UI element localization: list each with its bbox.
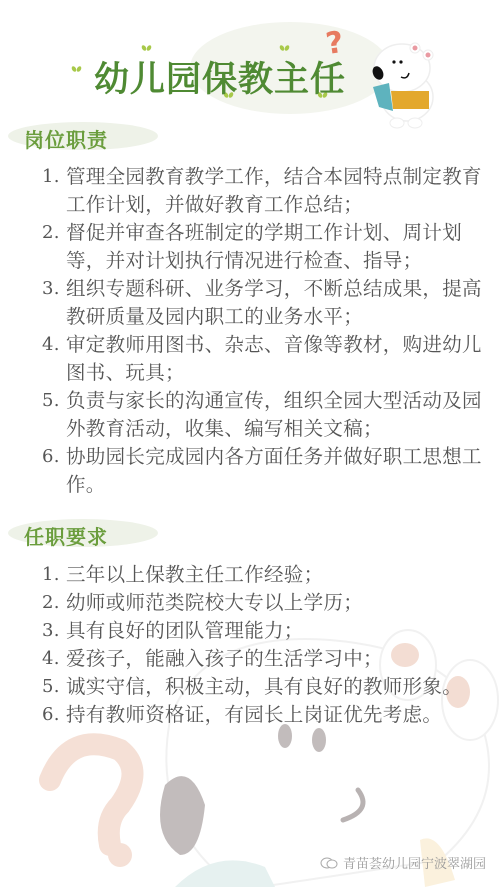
item-text: 负责与家长的沟通宣传，组织全园大型活动及园外教育活动，收集、编写相关文稿； [66,389,482,440]
list-item: 6.持有教师资格证，有园长上岗证优先考虑。 [42,701,482,729]
list-item: 4.审定教师用图书、杂志、音像等教材，购进幼儿图书、玩具； [42,331,482,387]
sprout-icon [280,45,289,52]
duties-list: 1.管理全园教育教学工作，结合本园特点制定教育工作计划，并做好教育工作总结； 2… [42,163,482,499]
item-number: 2. [42,589,60,617]
section-heading-requirements: 任职要求 [8,519,148,547]
item-number: 1. [42,561,60,589]
item-number: 6. [42,443,60,471]
item-number: 4. [42,645,60,673]
section-heading-duties: 岗位职责 [8,122,148,150]
list-item: 5.诚实守信，积极主动，具有良好的教师形象。 [42,673,482,701]
item-number: 6. [42,701,60,729]
section-heading-text: 任职要求 [24,521,108,550]
item-number: 3. [42,617,60,645]
item-text: 持有教师资格证，有园长上岗证优先考虑。 [66,703,442,726]
job-poster: 幼儿园保教主任 ? 岗位职责 1.管理全园教育教学工作，结合本园特点制定教育工作… [0,0,500,887]
item-text: 具有良好的团队管理能力； [66,619,304,642]
list-item: 4.爱孩子，能融入孩子的生活学习中； [42,645,482,673]
list-item: 1.三年以上保教主任工作经验； [42,561,482,589]
list-item: 5.负责与家长的沟通宣传，组织全园大型活动及园外教育活动，收集、编写相关文稿； [42,387,482,443]
item-number: 3. [42,275,60,303]
sprout-icon [72,66,81,73]
item-number: 4. [42,331,60,359]
wechat-icon [320,857,338,869]
sprout-icon [142,45,151,52]
list-item: 2.幼师或师范类院校大专以上学历； [42,589,482,617]
item-text: 幼师或师范类院校大专以上学历； [66,591,363,614]
item-text: 爱孩子，能融入孩子的生活学习中； [66,647,383,670]
item-number: 5. [42,673,60,701]
item-number: 5. [42,387,60,415]
item-text: 审定教师用图书、杂志、音像等教材，购进幼儿图书、玩具； [66,333,482,384]
section-heading-text: 岗位职责 [24,124,108,153]
item-text: 组织专题科研、业务学习，不断总结成果，提高教研质量及园内职工的业务水平； [66,277,482,328]
item-number: 2. [42,219,60,247]
account-watermark: 青苗荟幼儿园宁波翠湖园 [320,853,486,872]
list-item: 2.督促并审查各班制定的学期工作计划、周计划等，并对计划执行情况进行检查、指导； [42,219,482,275]
item-text: 三年以上保教主任工作经验； [66,563,323,586]
list-item: 1.管理全园教育教学工作，结合本园特点制定教育工作计划，并做好教育工作总结； [42,163,482,219]
item-number: 1. [42,163,60,191]
list-item: 3.组织专题科研、业务学习，不断总结成果，提高教研质量及园内职工的业务水平； [42,275,482,331]
item-text: 协助园长完成园内各方面任务并做好职工思想工作。 [66,445,482,496]
list-item: 6.协助园长完成园内各方面任务并做好职工思想工作。 [42,443,482,499]
item-text: 督促并审查各班制定的学期工作计划、周计划等，并对计划执行情况进行检查、指导； [66,221,462,272]
page-title: 幼儿园保教主任 [94,52,346,102]
item-text: 诚实守信，积极主动，具有良好的教师形象。 [66,675,462,698]
requirements-list: 1.三年以上保教主任工作经验； 2.幼师或师范类院校大专以上学历； 3.具有良好… [42,561,482,729]
bear-mascot-icon [355,35,450,130]
list-item: 3.具有良好的团队管理能力； [42,617,482,645]
watermark-text: 青苗荟幼儿园宁波翠湖园 [343,853,486,872]
item-text: 管理全园教育教学工作，结合本园特点制定教育工作计划，并做好教育工作总结； [66,165,482,216]
